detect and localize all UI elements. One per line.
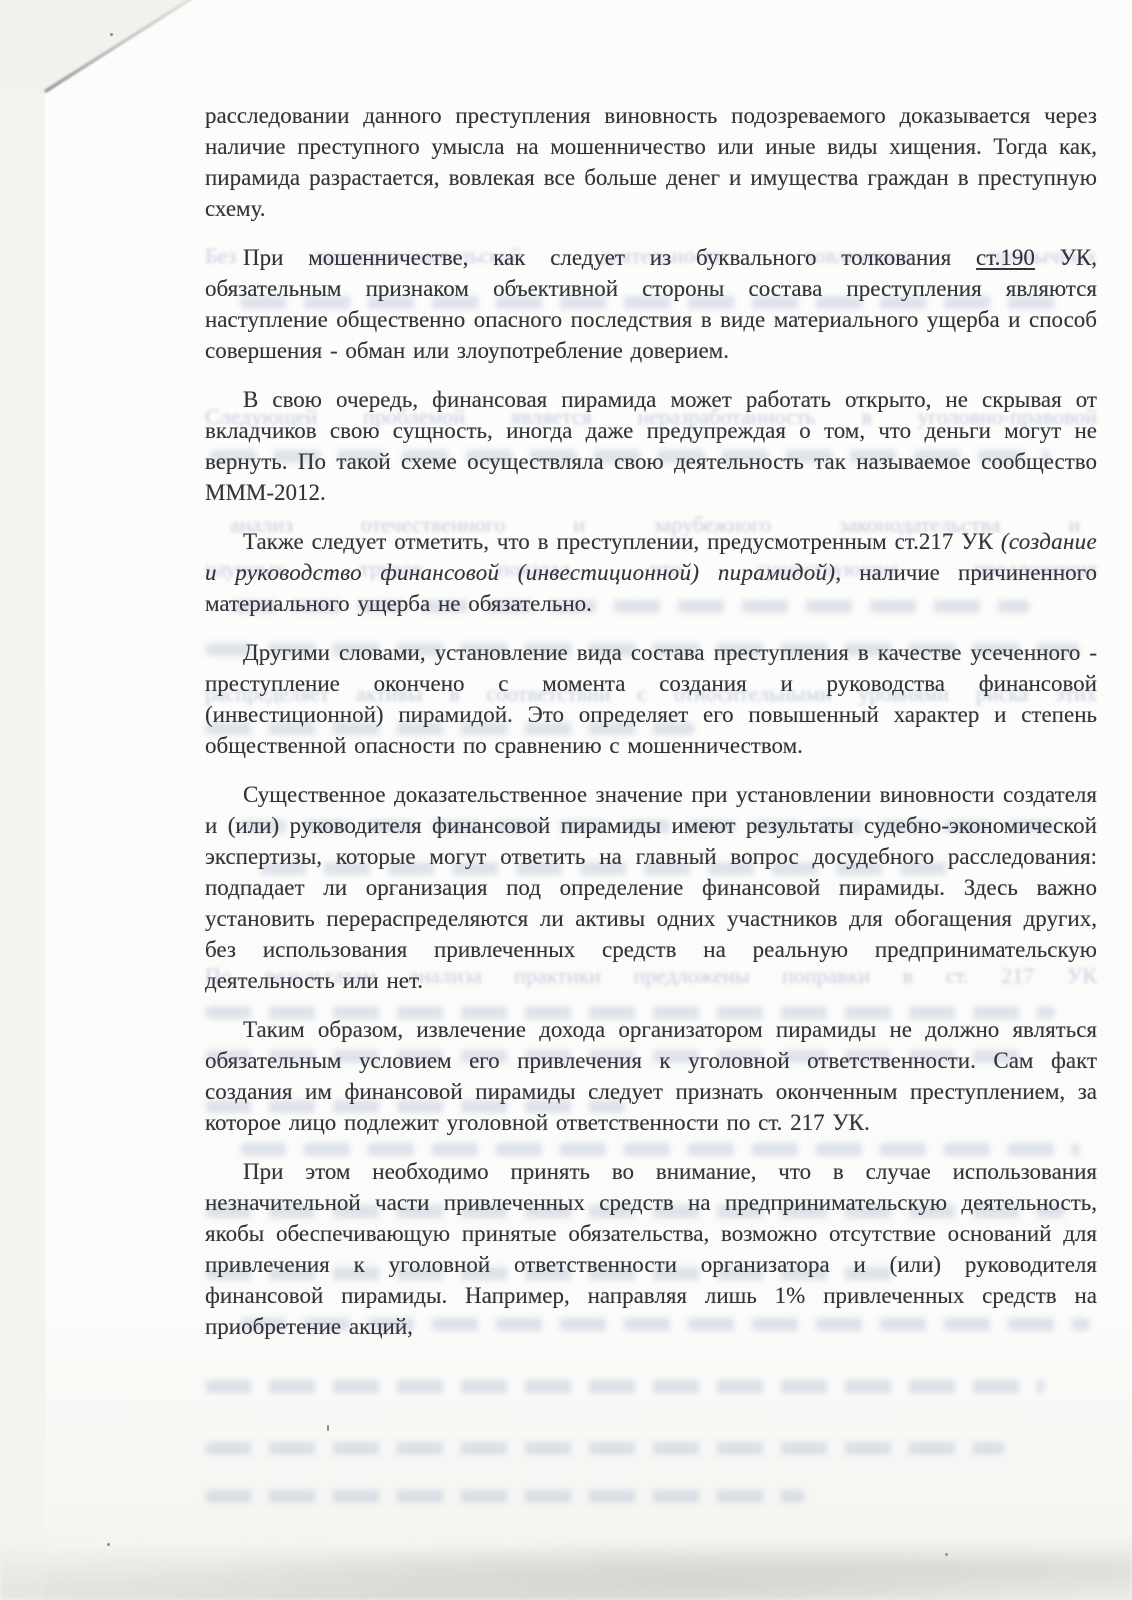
text-segment: В свою очередь, финансовая пирамида може… <box>205 387 1097 505</box>
text-segment: Также следует отметить, что в преступлен… <box>243 529 1001 554</box>
text-segment: Другими словами, установление вида соста… <box>205 640 1097 758</box>
paragraph: При мошенничестве, как следует из буквал… <box>205 242 1097 366</box>
text-segment: Таким образом, извлечение дохода организ… <box>205 1017 1097 1135</box>
paragraph: В свою очередь, финансовая пирамида може… <box>205 384 1097 508</box>
text-segment: При этом необходимо принять во внимание,… <box>205 1159 1097 1339</box>
text-segment: При мошенничестве, как следует из буквал… <box>243 245 976 270</box>
paragraph: При этом необходимо принять во внимание,… <box>205 1156 1097 1342</box>
scanner-noise-texture <box>0 1530 1132 1600</box>
scanner-background-strip <box>0 0 46 1600</box>
document-text-block: расследовании данного преступления винов… <box>205 100 1097 1360</box>
paragraph: расследовании данного преступления винов… <box>205 100 1097 224</box>
text-segment: Существенное доказательственное значение… <box>205 782 1097 993</box>
text-segment: расследовании данного преступления винов… <box>205 103 1097 221</box>
scan-speck <box>110 33 113 36</box>
scan-speck <box>327 1425 329 1431</box>
underlined-statute-ref: ст.190 <box>976 245 1035 270</box>
paragraph: Существенное доказательственное значение… <box>205 779 1097 996</box>
paragraph: Таким образом, извлечение дохода организ… <box>205 1014 1097 1138</box>
paragraph: Также следует отметить, что в преступлен… <box>205 526 1097 619</box>
paragraph: Другими словами, установление вида соста… <box>205 637 1097 761</box>
